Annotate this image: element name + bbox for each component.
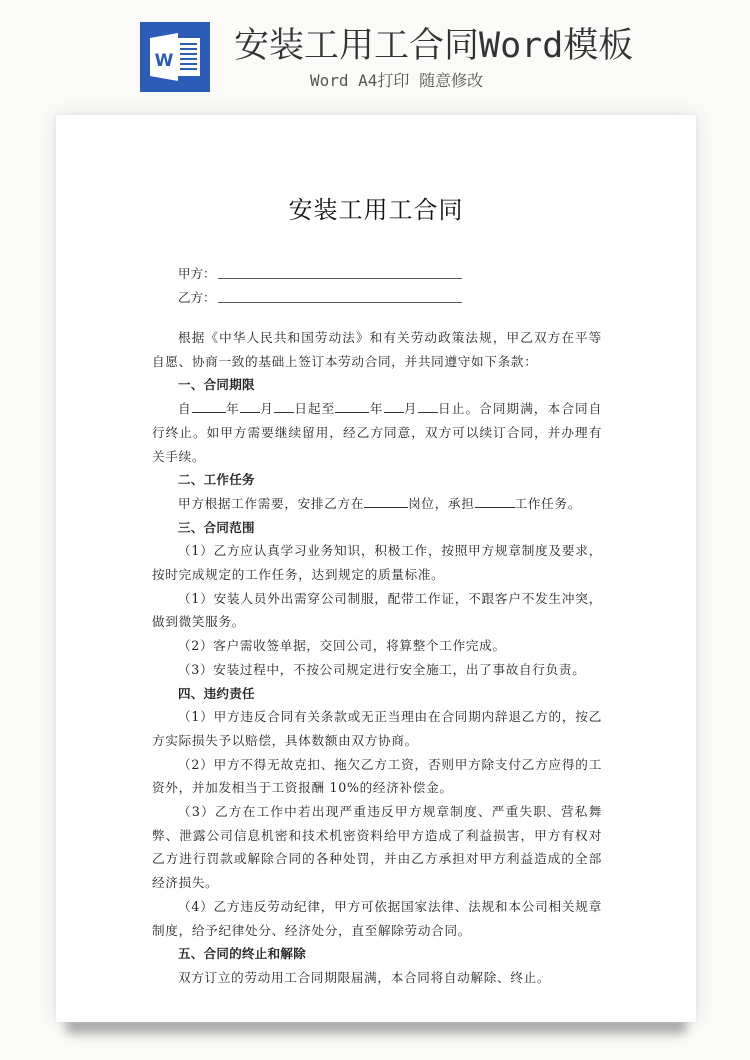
term-text: 年 <box>369 401 383 416</box>
task-text: 甲方根据工作需要，安排乙方在 <box>178 496 364 511</box>
work-task-blank[interactable] <box>475 494 515 508</box>
term-text: 月 <box>260 401 274 416</box>
position-blank[interactable] <box>364 494 408 508</box>
party-a-label: 甲方： <box>178 264 218 284</box>
parties-block: 甲方： 乙方： <box>178 260 462 308</box>
end-year-blank[interactable] <box>335 399 369 413</box>
clause-paragraph: （3）乙方在工作中若出现严重违反甲方规章制度、严重失职、营私舞弊、泄露公司信息机… <box>152 800 602 895</box>
term-text: 年 <box>226 401 240 416</box>
task-text: 岗位，承担 <box>408 496 474 511</box>
term-paragraph: 自年月日起至年月日止。合同期满，本合同自行终止。如甲方需要继续留用，经乙方同意，… <box>152 397 602 468</box>
document-title: 安装工用工合同 <box>56 194 696 226</box>
start-day-blank[interactable] <box>274 399 294 413</box>
document-body: 根据《中华人民共和国劳动法》和有关劳动政策法规，甲乙双方在平等自愿、协商一致的基… <box>152 326 602 990</box>
term-text: 月 <box>404 401 418 416</box>
template-banner: W 安装工用工合同Word模板 Word A4打印 随意修改 <box>0 0 750 110</box>
intro-paragraph: 根据《中华人民共和国劳动法》和有关劳动政策法规，甲乙双方在平等自愿、协商一致的基… <box>152 326 602 373</box>
section-heading: 二、工作任务 <box>152 468 602 492</box>
clause-paragraph: 双方订立的劳动用工合同期限届满，本合同将自动解除、终止。 <box>152 966 602 990</box>
document-page: 安装工用工合同 甲方： 乙方： 根据《中华人民共和国劳动法》和有关劳动政策法规，… <box>56 115 696 1022</box>
end-month-blank[interactable] <box>384 399 404 413</box>
clause-paragraph: （1）安装人员外出需穿公司制服，配带工作证，不跟客户不发生冲突，做到微笑服务。 <box>152 587 602 634</box>
svg-text:W: W <box>155 51 174 71</box>
end-day-blank[interactable] <box>418 399 438 413</box>
banner-title: 安装工用工合同Word模板 <box>234 24 633 68</box>
party-b-row: 乙方： <box>178 284 462 308</box>
banner-subtitle: Word A4打印 随意修改 <box>310 70 483 92</box>
section-heading: 四、违约责任 <box>152 682 602 706</box>
term-text: 自 <box>178 401 192 416</box>
start-month-blank[interactable] <box>240 399 260 413</box>
section-heading: 三、合同范围 <box>152 516 602 540</box>
clause-paragraph: （4）乙方违反劳动纪律，甲方可依据国家法律、法规和本公司相关规章制度，给予纪律处… <box>152 895 602 942</box>
start-year-blank[interactable] <box>192 399 226 413</box>
word-app-icon: W <box>140 22 210 92</box>
term-text: 日起至 <box>294 401 336 416</box>
clause-paragraph: （2）甲方不得无故克扣、拖欠乙方工资，否则甲方除支付乙方应得的工资外，并加发相当… <box>152 753 602 800</box>
party-b-blank[interactable] <box>218 286 462 303</box>
task-paragraph: 甲方根据工作需要，安排乙方在岗位，承担工作任务。 <box>152 492 602 516</box>
clause-paragraph: （3）安装过程中，不按公司规定进行安全施工，出了事故自行负责。 <box>152 658 602 682</box>
party-a-blank[interactable] <box>218 262 462 279</box>
clause-paragraph: （1）甲方违反合同有关条款或无正当理由在合同期内辞退乙方的，按乙方实际损失予以赔… <box>152 705 602 752</box>
clause-paragraph: （2）客户需收签单据，交回公司，将算整个工作完成。 <box>152 634 602 658</box>
task-text: 工作任务。 <box>515 496 581 511</box>
clause-paragraph: （1）乙方应认真学习业务知识，积极工作，按照甲方规章制度及要求，按时完成规定的工… <box>152 539 602 586</box>
section-heading: 五、合同的终止和解除 <box>152 942 602 966</box>
party-a-row: 甲方： <box>178 260 462 284</box>
party-b-label: 乙方： <box>178 288 218 308</box>
section-heading: 一、合同期限 <box>152 373 602 397</box>
